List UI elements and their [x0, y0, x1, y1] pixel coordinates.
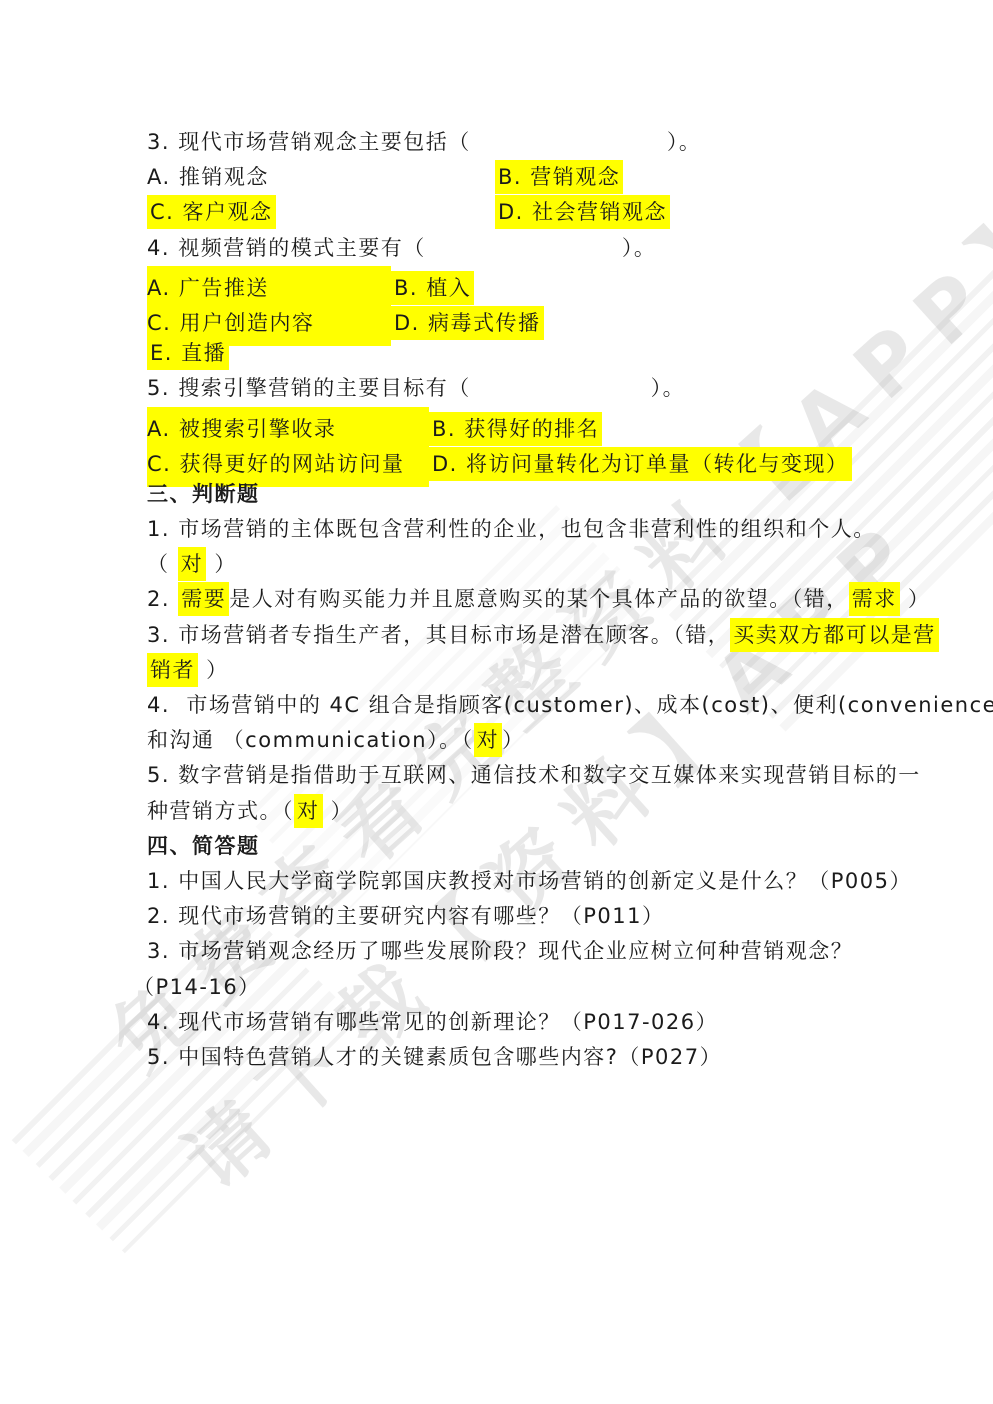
- sa-2: 2. 现代市场营销的主要研究内容有哪些？（P011）: [147, 899, 993, 934]
- q3-stem: 3. 现代市场营销观念主要包括（ ）。: [147, 125, 993, 160]
- text: 对: [294, 794, 323, 828]
- text: D. 病毒式传播: [391, 306, 544, 340]
- text: 是人对有购买能力并且愿意购买的某个具体产品的欲望。（错，: [229, 587, 849, 611]
- document-content: 3. 现代市场营销观念主要包括（ ）。A. 推销观念B. 营销观念C. 客户观念…: [147, 125, 993, 1075]
- text: C. 获得更好的网站访问量: [147, 452, 405, 476]
- text-segment: （P14-16）: [133, 975, 261, 999]
- highlighted-answer: B. 获得好的排名: [429, 412, 602, 446]
- text-segment: （: [147, 552, 178, 576]
- text: ）: [198, 658, 229, 682]
- text-segment: ）: [206, 552, 237, 576]
- tf-4-cont: 和沟通 （communication）。（对）: [147, 723, 993, 758]
- text-segment: 1. 市场营销的主体既包含营利性的企业，也包含非营利性的组织和个人。: [147, 517, 876, 541]
- text: 2. 现代市场营销的主要研究内容有哪些？（P011）: [147, 904, 664, 928]
- highlighted-answer: 对: [474, 723, 503, 757]
- highlighted-answer: 对: [178, 547, 207, 581]
- text: （P14-16）: [133, 975, 261, 999]
- text: 1. 中国人民大学商学院郭国庆教授对市场营销的创新定义是什么？（P005）: [147, 869, 912, 893]
- text: ）: [323, 799, 354, 823]
- text-segment: 和沟通 （communication）。（: [147, 728, 474, 752]
- q4-stem: 4. 视频营销的模式主要有（ ）。: [147, 231, 993, 266]
- highlighted-answer: C. 客户观念: [147, 195, 495, 230]
- text: A. 被搜索引擎收录: [147, 417, 336, 441]
- highlighted-answer: D. 将访问量转化为订单量（转化与变现）: [429, 447, 852, 481]
- text: 3. 现代市场营销观念主要包括（ ）。: [147, 130, 701, 154]
- highlighted-answer: B. 营销观念: [495, 160, 623, 194]
- highlighted-answer: 需求: [849, 582, 900, 616]
- text-segment: ）: [900, 587, 931, 611]
- tf-1: 1. 市场营销的主体既包含营利性的企业，也包含非营利性的组织和个人。: [147, 512, 993, 547]
- highlighted-answer: D. 社会营销观念: [495, 195, 670, 229]
- text: A. 广告推送: [147, 276, 269, 300]
- text-segment: 3. 市场营销观念经历了哪些发展阶段？现代企业应树立何种营销观念？: [147, 939, 853, 963]
- text: B. 获得好的排名: [429, 412, 602, 446]
- text: 需求: [849, 582, 900, 616]
- text-segment: 4. 视频营销的模式主要有（ ）。: [147, 236, 656, 260]
- q5-options-cd: C. 获得更好的网站访问量D. 将访问量转化为订单量（转化与变现）: [147, 442, 993, 477]
- tf-2: 2. 需要是人对有购买能力并且愿意购买的某个具体产品的欲望。（错，需求 ）: [147, 582, 993, 617]
- q3-options-ab: A. 推销观念B. 营销观念: [147, 160, 993, 195]
- text: B. 营销观念: [495, 160, 623, 194]
- text: 3. 市场营销者专指生产者，其目标市场是潜在顾客。（错，: [147, 623, 730, 647]
- highlighted-answer: B. 植入: [391, 271, 474, 305]
- text: 4. 市场营销中的 4C 组合是指顾客(customer)、成本(cost)、便…: [147, 693, 993, 717]
- highlighted-answer: D. 病毒式传播: [391, 306, 544, 340]
- text: D. 社会营销观念: [495, 195, 670, 229]
- sa-5: 5. 中国特色营销人才的关键素质包含哪些内容?（P027）: [147, 1040, 993, 1075]
- text-segment: A. 推销观念: [147, 160, 495, 195]
- text: ）: [900, 587, 931, 611]
- text: 5. 数字营销是指借助于互联网、通信技术和数字交互媒体来实现营销目标的一: [147, 763, 921, 787]
- text-segment: 4. 市场营销中的 4C 组合是指顾客(customer)、成本(cost)、便…: [147, 693, 993, 717]
- q4-options-ab: A. 广告推送B. 植入: [147, 266, 993, 301]
- text: A. 推销观念: [147, 165, 269, 189]
- text: 3. 市场营销观念经历了哪些发展阶段？现代企业应树立何种营销观念？: [147, 939, 853, 963]
- text: 5. 中国特色营销人才的关键素质包含哪些内容?（P027）: [147, 1045, 722, 1069]
- text: ）: [502, 728, 525, 752]
- text: 对: [474, 723, 503, 757]
- text: 三、判断题: [147, 482, 260, 506]
- text: ）: [206, 552, 237, 576]
- text: 4. 视频营销的模式主要有（ ）。: [147, 236, 656, 260]
- text: B. 植入: [391, 271, 474, 305]
- text-segment: 3. 现代市场营销观念主要包括（ ）。: [147, 130, 701, 154]
- tf-1-answer: （ 对 ）: [147, 547, 993, 582]
- text-segment: 3. 市场营销者专指生产者，其目标市场是潜在顾客。（错，: [147, 623, 730, 647]
- text: 2.: [147, 587, 178, 611]
- highlighted-answer: 需要: [178, 582, 229, 616]
- text-segment: 四、简答题: [147, 834, 260, 858]
- text: 销者: [147, 653, 198, 687]
- text-segment: ）: [502, 728, 525, 752]
- q3-options-cd: C. 客户观念D. 社会营销观念: [147, 195, 993, 230]
- text-segment: 4. 现代市场营销有哪些常见的创新理论？（P017-026）: [147, 1010, 718, 1034]
- q4-options-cd: C. 用户创造内容D. 病毒式传播: [147, 301, 993, 336]
- tf-5: 5. 数字营销是指借助于互联网、通信技术和数字交互媒体来实现营销目标的一: [147, 758, 993, 793]
- text: 种营销方式。（: [147, 799, 294, 823]
- text-segment: 三、判断题: [147, 482, 260, 506]
- text: 和沟通 （communication）。（: [147, 728, 474, 752]
- tf-5-cont: 种营销方式。（对 ）: [147, 794, 993, 829]
- text: 买卖双方都可以是营: [730, 618, 939, 652]
- sa-3: 3. 市场营销观念经历了哪些发展阶段？现代企业应树立何种营销观念？: [147, 934, 993, 969]
- text: 1. 市场营销的主体既包含营利性的企业，也包含非营利性的组织和个人。: [147, 517, 876, 541]
- text: 四、简答题: [147, 834, 260, 858]
- section-4-heading: 四、简答题: [147, 829, 993, 864]
- text-segment: ）: [323, 799, 354, 823]
- text-segment: ）: [198, 658, 229, 682]
- sa-4: 4. 现代市场营销有哪些常见的创新理论？（P017-026）: [147, 1005, 993, 1040]
- text: C. 客户观念: [147, 195, 276, 229]
- q5-stem: 5. 搜索引擎营销的主要目标有（ ）。: [147, 371, 993, 406]
- text-segment: 5. 中国特色营销人才的关键素质包含哪些内容?（P027）: [147, 1045, 722, 1069]
- tf-3-cont: 销者 ）: [147, 653, 993, 688]
- text: D. 将访问量转化为订单量（转化与变现）: [429, 447, 852, 481]
- tf-4: 4. 市场营销中的 4C 组合是指顾客(customer)、成本(cost)、便…: [147, 688, 993, 723]
- tf-3: 3. 市场营销者专指生产者，其目标市场是潜在顾客。（错，买卖双方都可以是营: [147, 618, 993, 653]
- sa-3-cont: （P14-16）: [133, 970, 993, 1005]
- sa-1: 1. 中国人民大学商学院郭国庆教授对市场营销的创新定义是什么？（P005）: [147, 864, 993, 899]
- text-segment: 2.: [147, 587, 178, 611]
- text-segment: 5. 数字营销是指借助于互联网、通信技术和数字交互媒体来实现营销目标的一: [147, 763, 921, 787]
- text: E. 直播: [147, 336, 229, 370]
- text: 5. 搜索引擎营销的主要目标有（ ）。: [147, 376, 685, 400]
- text-segment: 是人对有购买能力并且愿意购买的某个具体产品的欲望。（错，: [229, 587, 849, 611]
- highlighted-answer: 买卖双方都可以是营: [730, 618, 939, 652]
- highlighted-answer: 对: [294, 794, 323, 828]
- text: 4. 现代市场营销有哪些常见的创新理论？（P017-026）: [147, 1010, 718, 1034]
- text: C. 用户创造内容: [147, 311, 315, 335]
- text: 需要: [178, 582, 229, 616]
- text-segment: 种营销方式。（: [147, 799, 294, 823]
- text-segment: 2. 现代市场营销的主要研究内容有哪些？（P011）: [147, 904, 664, 928]
- highlighted-answer: 销者: [147, 653, 198, 687]
- highlighted-answer: E. 直播: [147, 336, 229, 370]
- page: { "page": { "background": "#ffffff", "te…: [0, 0, 993, 1404]
- text: 对: [178, 547, 207, 581]
- text-segment: 5. 搜索引擎营销的主要目标有（ ）。: [147, 376, 685, 400]
- text-segment: 1. 中国人民大学商学院郭国庆教授对市场营销的创新定义是什么？（P005）: [147, 869, 912, 893]
- q5-options-ab: A. 被搜索引擎收录B. 获得好的排名: [147, 407, 993, 442]
- text: （: [147, 552, 178, 576]
